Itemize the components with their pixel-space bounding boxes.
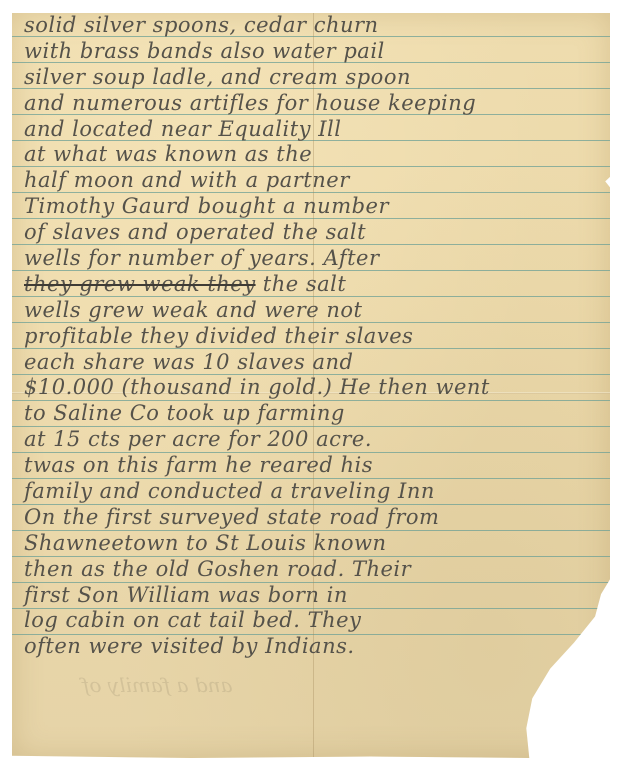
text-line-14: each share was 10 slaves and: [24, 350, 604, 376]
text-line-5: and located near Equality Ill: [24, 117, 604, 143]
text-line-3: silver soup ladle, and cream spoon: [24, 65, 604, 91]
text-line-10: wells for number of years. After: [24, 246, 604, 272]
handwritten-text: solid silver spoons, cedar churn with br…: [24, 13, 604, 660]
text-line-11: they grew weak they the salt: [24, 272, 604, 298]
struck-through-text: they grew weak they: [24, 272, 256, 296]
text-line-25: often were visited by Indians.: [24, 634, 604, 660]
text-line-6: at what was known as the: [24, 142, 604, 168]
text-line-19: family and conducted a traveling Inn: [24, 479, 604, 505]
text-line-21: Shawneetown to St Louis known: [24, 531, 604, 557]
text-line-15: $10.000 (thousand in gold.) He then went: [24, 375, 604, 401]
text-line-9: of slaves and operated the salt: [24, 220, 604, 246]
text-line-17: at 15 cts per acre for 200 acre.: [24, 427, 604, 453]
text-line-12: wells grew weak and were not: [24, 298, 604, 324]
text-line-24: log cabin on cat tail bed. They: [24, 608, 604, 634]
text-line-1: solid silver spoons, cedar churn: [24, 13, 604, 39]
text-line-8: Timothy Gaurd bought a number: [24, 194, 604, 220]
text-line-13: profitable they divided their slaves: [24, 324, 604, 350]
text-line-18: twas on this farm he reared his: [24, 453, 604, 479]
text-line-16: to Saline Co took up farming: [24, 401, 604, 427]
text-line-2: with brass bands also water pail: [24, 39, 604, 65]
text-line-23: first Son William was born in: [24, 583, 604, 609]
text-line-11-rest: the salt: [256, 272, 347, 296]
text-line-7: half moon and with a partner: [24, 168, 604, 194]
bleed-through-text: and a family of: [82, 673, 232, 697]
text-line-22: then as the old Goshen road. Their: [24, 557, 604, 583]
text-line-20: On the first surveyed state road from: [24, 505, 604, 531]
text-line-4: and numerous artifles for house keeping: [24, 91, 604, 117]
